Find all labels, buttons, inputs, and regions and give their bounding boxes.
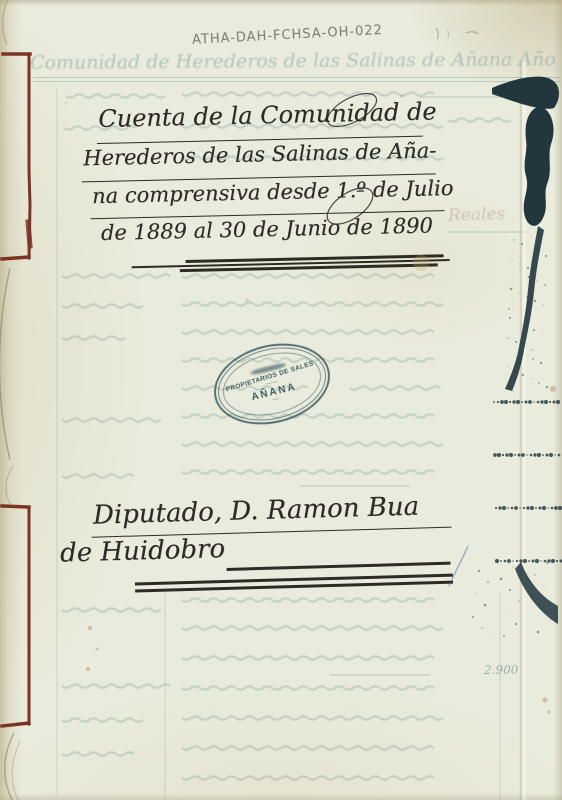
page-fold-highlight <box>522 60 526 800</box>
officials-underline-2 <box>227 562 451 571</box>
officials-line-1: Diputado, D. Ramon Bua <box>93 492 420 531</box>
title-line-1: Cuenta de la Comunidad de <box>98 97 437 133</box>
bleedthrough-header-rule <box>33 77 560 78</box>
archival-reference-code: ATHA-DAH-FCHSA-OH-022 <box>192 23 384 48</box>
bleedthrough-header-text: Comunidad de Herederos de las Salinas de… <box>30 48 560 74</box>
oval-ink-stamp: PROPIETARIOS DE SALES —·— AÑANA ·—· <box>205 332 338 436</box>
bleedthrough-header-rule <box>33 81 560 82</box>
officials-block: Diputado, D. Ramon Bua de Huidobro <box>48 482 471 614</box>
stamp-text: PROPIETARIOS DE SALES —·— AÑANA ·—· <box>217 344 326 424</box>
ink-spray-speckles <box>470 236 562 640</box>
pencil-scribble-marks <box>436 28 478 39</box>
officials-line-2: de Huidobro <box>60 534 226 569</box>
bleedthrough-amount: 2.900 <box>484 663 518 677</box>
title-block: Cuenta de la Comunidad de Herederos de l… <box>58 90 492 290</box>
title-line-4: de 1889 al 30 de Junio de 1890 <box>101 213 433 245</box>
binding-stitch-marks <box>0 0 30 800</box>
stamp-ornament: ·—· <box>271 397 280 403</box>
manuscript-page: Comunidad de Herederos de las Salinas de… <box>0 0 562 800</box>
